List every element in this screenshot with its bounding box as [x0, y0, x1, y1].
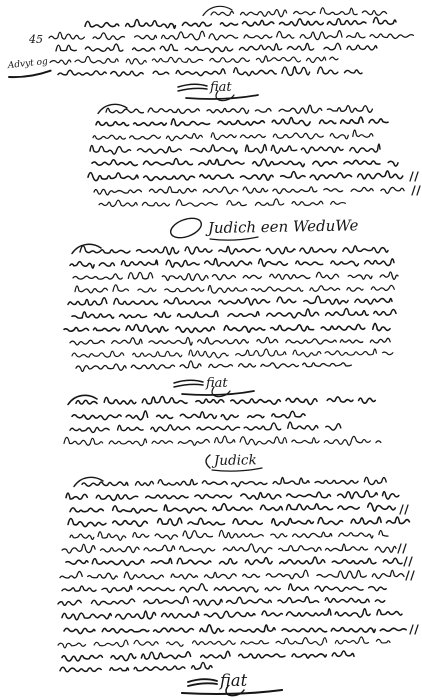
handwritten-line — [56, 43, 377, 52]
handwritten-line — [74, 477, 386, 486]
handwritten-line — [66, 491, 399, 501]
handwritten-line — [60, 662, 212, 671]
handwritten-line — [85, 17, 396, 28]
marginal-note: Advyt og — [6, 57, 51, 79]
handwritten-line — [62, 651, 354, 661]
insertion-mark-icon — [398, 544, 406, 553]
handwritten-line — [58, 67, 362, 76]
handwritten-line — [62, 544, 396, 553]
handwritten-line — [72, 411, 305, 420]
marginal-note-underline — [9, 71, 51, 78]
marginal-note-text: Advyt og — [6, 57, 48, 71]
insertion-mark-icon — [400, 505, 408, 514]
section-heading: Judick — [206, 452, 262, 471]
handwritten-line — [98, 104, 372, 113]
handwritten-line — [73, 272, 398, 280]
handwritten-line — [75, 285, 394, 293]
handwritten-line — [64, 625, 406, 634]
handwritten-line — [58, 637, 390, 648]
fiat-divider: fiat — [174, 376, 254, 397]
fiat-label: fiat — [209, 80, 232, 95]
handwritten-line — [72, 309, 396, 319]
fiat-label: fiat — [205, 376, 228, 391]
manuscript-scan: fiatJudich een WeduWefiatJudickfiatAdvyt… — [0, 0, 422, 700]
handwritten-line — [62, 609, 402, 620]
insertion-mark-icon — [406, 571, 414, 580]
margin-numeral: 45 — [28, 33, 43, 46]
insertion-mark-icon — [412, 186, 420, 195]
handwritten-line — [72, 244, 388, 254]
fiat-divider: fiat — [178, 80, 258, 101]
initial-flourish-icon — [206, 455, 210, 468]
handwritten-line — [90, 144, 380, 154]
handwritten-line — [70, 337, 390, 345]
handwritten-line — [72, 349, 393, 358]
insertion-mark-icon — [404, 557, 412, 566]
handwritten-line — [93, 130, 373, 141]
handwritten-line — [203, 6, 387, 16]
insertion-mark-icon — [410, 625, 418, 634]
handwritten-line — [64, 323, 390, 332]
handwritten-line — [66, 557, 402, 565]
fiat-label: fiat — [218, 671, 248, 690]
handwritten-line — [96, 117, 388, 126]
section-heading: Judich een WeduWe — [168, 215, 359, 242]
handwritten-line — [62, 584, 386, 593]
handwritten-line — [94, 187, 404, 195]
heading-text: Judich een WeduWe — [205, 216, 359, 237]
handwritten-line — [70, 530, 388, 540]
heading-text: Judick — [211, 452, 257, 469]
initial-flourish-icon — [168, 215, 204, 242]
handwritten-line — [60, 570, 404, 579]
fiat-divider: fiat — [182, 671, 282, 696]
handwritten-line — [76, 361, 351, 372]
handwritten-line — [88, 171, 403, 181]
handwritten-line — [99, 199, 345, 207]
handwritten-line — [70, 259, 394, 269]
manuscript-page: fiatJudich een WeduWefiatJudickfiatAdvyt… — [0, 0, 422, 700]
handwritten-line — [64, 436, 381, 445]
heading-underline — [210, 237, 258, 240]
handwritten-line — [70, 422, 341, 432]
handwritten-line — [58, 597, 385, 606]
handwritten-line — [49, 31, 413, 40]
insertion-mark-icon — [410, 172, 418, 181]
handwritten-line — [50, 56, 338, 64]
handwritten-line — [70, 503, 395, 513]
handwritten-line — [68, 517, 409, 527]
handwritten-line — [92, 158, 398, 166]
handwritten-line — [68, 296, 392, 305]
